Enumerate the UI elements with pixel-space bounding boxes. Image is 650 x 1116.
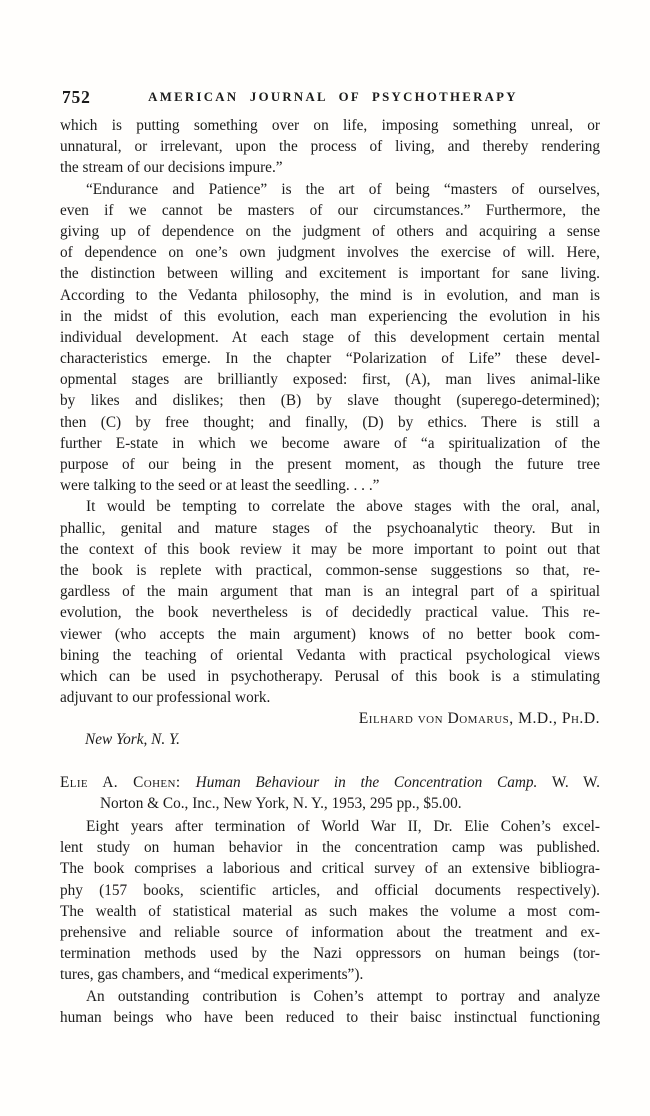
text-line: termination methods used by the Nazi opp… [60, 943, 600, 964]
journal-page-scan: 752 AMERICAN JOURNAL OF PSYCHOTHERAPY wh… [0, 0, 650, 1116]
text-line: “Endurance and Patience” is the art of b… [60, 179, 600, 200]
review-heading: Elie A. Cohen: Human Behaviour in the Co… [60, 772, 600, 814]
text-line: phallic, genital and mature stages of th… [60, 518, 600, 539]
page-number: 752 [62, 87, 91, 108]
signature: Eilhard von Domarus, M.D., Ph.D. [60, 708, 600, 729]
reviewer-location: New York, N. Y. [60, 729, 600, 750]
text-line: prehensive and reliable source of inform… [60, 922, 600, 943]
paragraph: It would be tempting to correlate the ab… [60, 496, 600, 708]
book-title: Human Behaviour in the Concentration Cam… [196, 774, 538, 791]
text-line: which is putting something over on life,… [60, 115, 600, 136]
text-line: then (C) by free thought; and finally, (… [60, 412, 600, 433]
text-line: even if we cannot be masters of our circ… [60, 200, 600, 221]
text-line: of dependence on one’s own judgment invo… [60, 242, 600, 263]
reviewer-signature: Eilhard von Domarus, M.D., Ph.D. [60, 708, 600, 729]
text-line: bining the teaching of oriental Vedanta … [60, 645, 600, 666]
text-line: characteristics emerge. In the chapter “… [60, 348, 600, 369]
text-line: Eight years after termination of World W… [60, 816, 600, 837]
text-line: by likes and dislikes; then (B) by slave… [60, 390, 600, 411]
text-line: the book is replete with practical, comm… [60, 560, 600, 581]
text-line: adjuvant to our professional work. [60, 687, 600, 708]
text-line: evolution, the book nevertheless is of d… [60, 602, 600, 623]
text-line: viewer (who accepts the main argument) k… [60, 624, 600, 645]
review-heading-line: Elie A. Cohen: Human Behaviour in the Co… [60, 772, 600, 793]
text-line: The book comprises a laborious and criti… [60, 858, 600, 879]
paragraph: An outstanding contribution is Cohen’s a… [60, 986, 600, 1028]
text-line: the distinction between willing and exci… [60, 263, 600, 284]
text-line: which can be used in psychotherapy. Peru… [60, 666, 600, 687]
review-author: Elie A. Cohen: [60, 774, 196, 791]
text-line: It would be tempting to correlate the ab… [60, 496, 600, 517]
text-line: The wealth of statistical material as su… [60, 901, 600, 922]
text-line: gardless of the main argument that man i… [60, 581, 600, 602]
review-heading-line: Norton & Co., Inc., New York, N. Y., 195… [60, 793, 600, 814]
place: New York, N. Y. [60, 729, 600, 750]
text-line: the context of this book review it may b… [60, 539, 600, 560]
text-line: giving up of dependence on the judgment … [60, 221, 600, 242]
text-line: According to the Vedanta philosophy, the… [60, 285, 600, 306]
paragraph: which is putting something over on life,… [60, 115, 600, 179]
text-line: unnatural, or irrelevant, upon the proce… [60, 136, 600, 157]
page-header: 752 AMERICAN JOURNAL OF PSYCHOTHERAPY [60, 87, 600, 109]
paragraph: “Endurance and Patience” is the art of b… [60, 179, 600, 497]
page-body: which is putting something over on life,… [60, 115, 600, 1028]
journal-title: AMERICAN JOURNAL OF PSYCHOTHERAPY [148, 90, 518, 105]
text-line: the stream of our decisions impure.” [60, 157, 600, 178]
text-line: purpose of our being in the present mome… [60, 454, 600, 475]
text-line: human beings who have been reduced to th… [60, 1007, 600, 1028]
text-line: tures, gas chambers, and “medical experi… [60, 964, 600, 985]
paragraph: Eight years after termination of World W… [60, 816, 600, 986]
publisher-text: Norton & Co., Inc., New York, N. Y., 195… [100, 795, 462, 812]
text-line: lent study on human behavior in the conc… [60, 837, 600, 858]
text-line: in the midst of this evolution, each man… [60, 306, 600, 327]
text-line: further E-state in which we become aware… [60, 433, 600, 454]
text-line: individual development. At each stage of… [60, 327, 600, 348]
publisher-text: W. W. [537, 774, 600, 791]
text-line: were talking to the seed or at least the… [60, 475, 600, 496]
text-line: phy (157 books, scientific articles, and… [60, 880, 600, 901]
text-line: An outstanding contribution is Cohen’s a… [60, 986, 600, 1007]
text-line: opmental stages are brilliantly exposed:… [60, 369, 600, 390]
